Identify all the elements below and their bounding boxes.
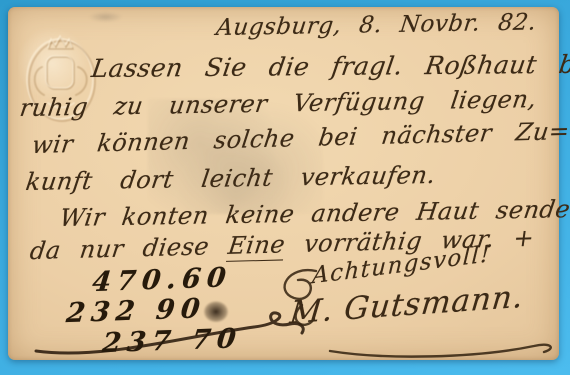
photo-background: Augsburg, 8. Novbr. 82. Lassen Sie die f… [0, 0, 570, 375]
body-line-6-prefix: da nur diese [28, 232, 230, 265]
postcard: Augsburg, 8. Novbr. 82. Lassen Sie die f… [8, 7, 559, 360]
body-line-1: Lassen Sie die fragl. Roßhaut be= [90, 49, 570, 83]
body-line-4: kunft dort leicht verkaufen. [24, 161, 438, 196]
amount-row-1: 470.60 [91, 262, 234, 298]
underlined-word: Eine [226, 230, 287, 262]
dateline: Augsburg, 8. Novbr. 82. [215, 9, 538, 41]
amount-total: 237 70 [101, 323, 244, 359]
pencil-smudge-icon [83, 11, 128, 23]
signature-swash [326, 337, 566, 363]
